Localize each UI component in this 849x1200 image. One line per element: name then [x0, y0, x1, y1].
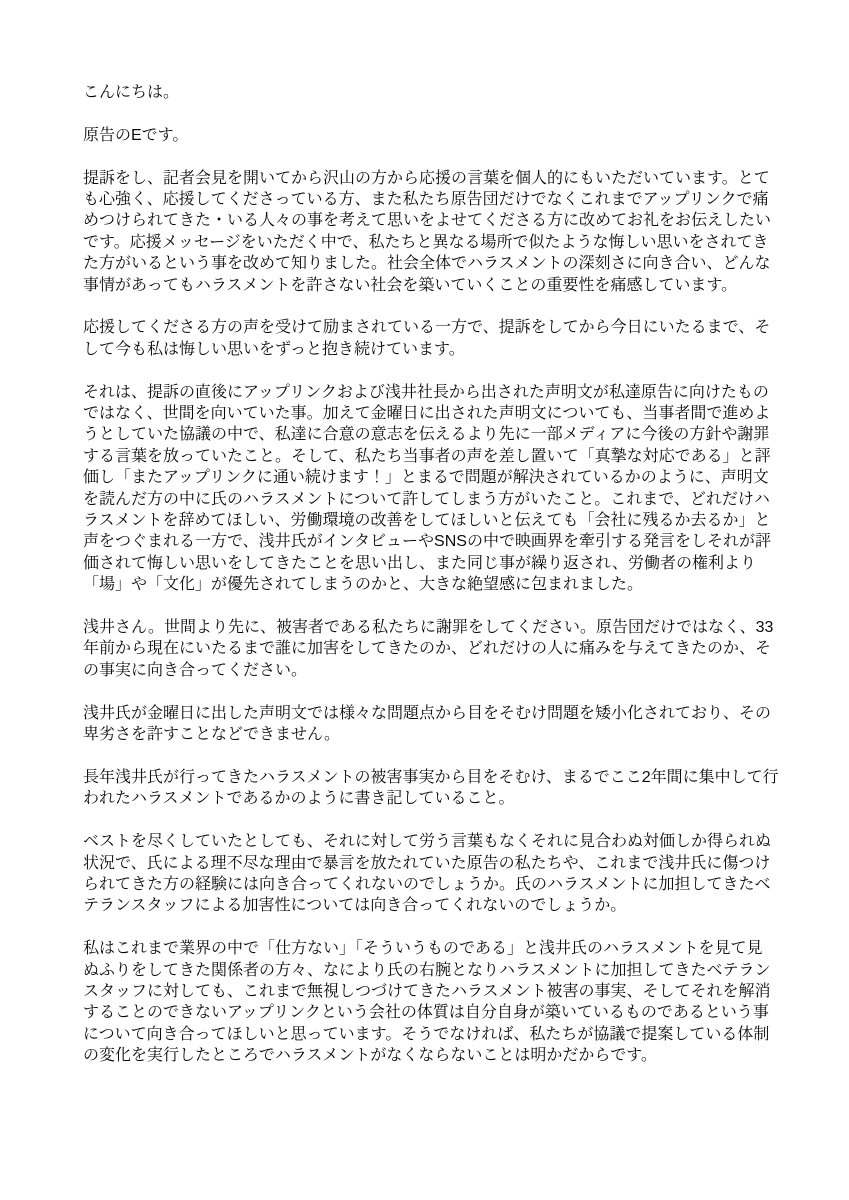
- body-paragraph: それは、提訴の直後にアップリンクおよび浅井社長から出された声明文が私達原告に向け…: [83, 382, 788, 596]
- sender-line: 原告のEです。: [83, 125, 788, 146]
- statement-letter-body: こんにちは。 原告のEです。 提訴をし、記者会見を開いてから沢山の方から応援の言…: [83, 82, 788, 1088]
- body-paragraph: 浅井さん。世間より先に、被害者である私たちに謝罪をしてください。原告団だけではな…: [83, 617, 788, 681]
- body-paragraph: 応援してくださる方の声を受けて励まされている一方で、提訴をしてから今日にいたるま…: [83, 317, 788, 360]
- body-paragraph: 提訴をし、記者会見を開いてから沢山の方から応援の言葉を個人的にもいただいています…: [83, 168, 788, 296]
- greeting-line: こんにちは。: [83, 82, 788, 103]
- body-paragraph: 長年浅井氏が行ってきたハラスメントの被害事実から目をそむけ、まるでここ2年間に集…: [83, 767, 788, 810]
- document-page: こんにちは。 原告のEです。 提訴をし、記者会見を開いてから沢山の方から応援の言…: [0, 0, 849, 1200]
- body-paragraph: ベストを尽くしていたとしても、それに対して労う言葉もなくそれに見合わぬ対価しか得…: [83, 831, 788, 917]
- body-paragraph: 浅井氏が金曜日に出した声明文では様々な問題点から目をそむけ問題を矮小化されており…: [83, 703, 788, 746]
- body-paragraph: 私はこれまで業界の中で「仕方ない」「そういうものである」と浅井氏のハラスメントを…: [83, 938, 788, 1066]
